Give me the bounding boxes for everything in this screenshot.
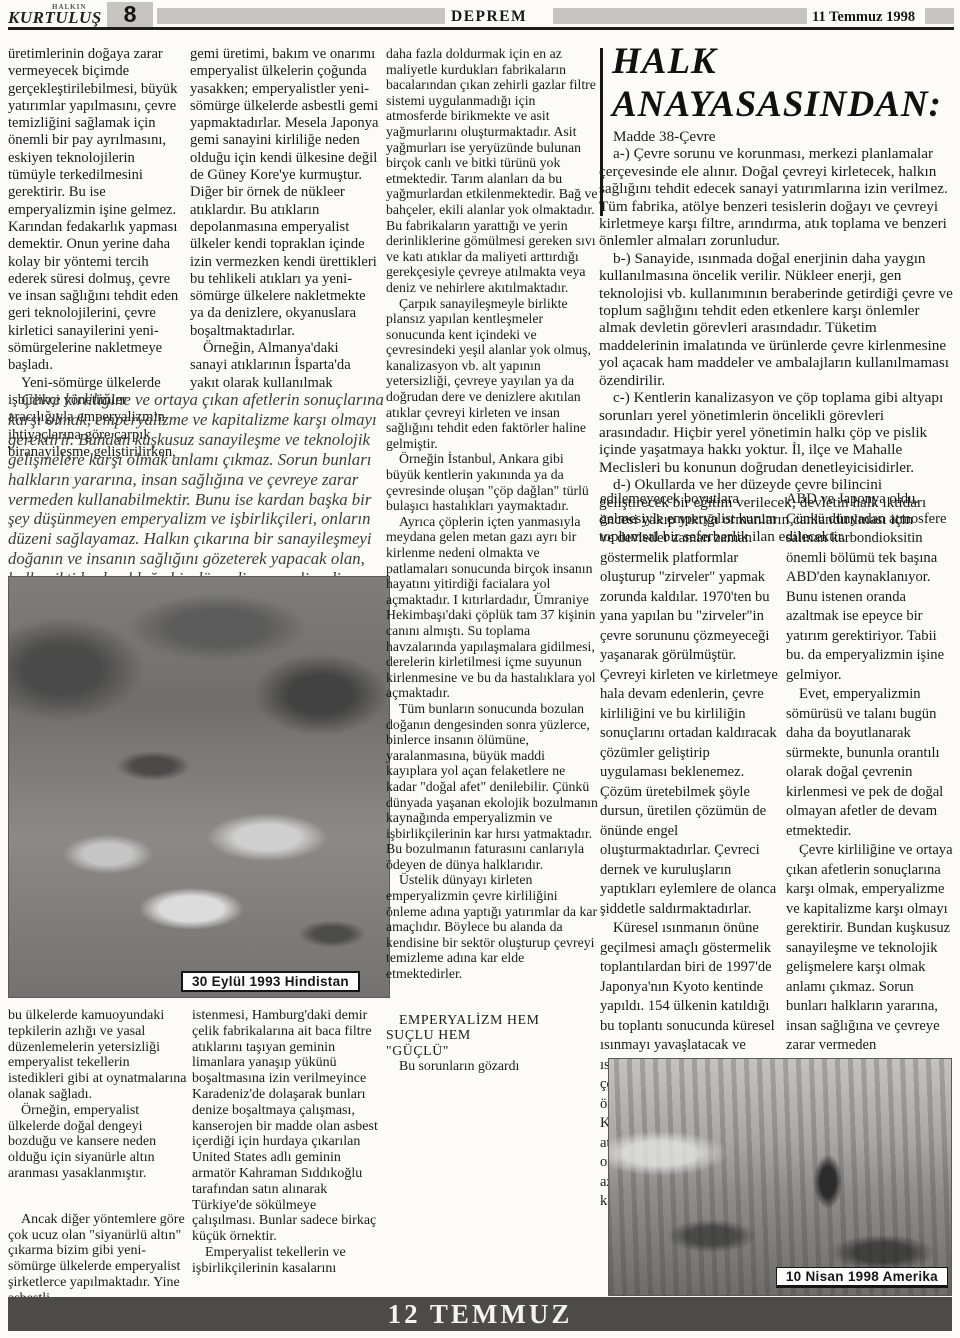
column-2-bottom: istenmesi, Hamburg'daki demir çelik fabr…: [192, 1008, 382, 1277]
issue-date: 11 Temmuz 1998: [812, 9, 915, 26]
article-item-a: a-) Çevre sorunu ve korunması, merkezi p…: [599, 145, 955, 249]
page-number: 8: [124, 1, 137, 28]
paragraph: Ancak diğer yöntemlere göre çok ucuz ola…: [8, 1212, 187, 1307]
photo-caption: 30 Eylül 1993 Hindistan: [181, 971, 360, 992]
paragraph: daha fazla doldurmak için en az maliyetl…: [386, 46, 599, 296]
section-title: DEPREM: [451, 8, 527, 26]
paragraph: istenmesi, Hamburg'daki demir çelik fabr…: [192, 1008, 382, 1245]
masthead-title: KURTULUŞ: [8, 8, 102, 28]
paragraph: Örneğin, Almanya'daki sanayi atıklarının…: [190, 340, 379, 392]
paragraph: bu ülkelerde kamuoyundaki tepkilerin azl…: [8, 1008, 187, 1103]
masthead-divider-bar: [925, 8, 954, 24]
footer-banner: 12 TEMMUZ: [8, 1297, 952, 1331]
constitution-article: Madde 38-Çevre a-) Çevre sorunu ve korun…: [599, 128, 955, 546]
photo-tornado-amerika: 10 Nisan 1998 Amerika: [608, 1058, 952, 1296]
paragraph: Ayrıca çöplerin içten yanmasıyla meydana…: [386, 514, 599, 701]
constitution-headline: HALK ANAYASASINDAN:: [612, 40, 958, 126]
column-1-bottom: bu ülkelerde kamuoyundaki tepkilerin azl…: [8, 1008, 187, 1307]
article-item-b: b-) Sanayide, ısınmada doğal enerjinin d…: [599, 250, 955, 389]
photo-earthquake-hindistan: 30 Eylül 1993 Hindistan: [8, 576, 390, 998]
paragraph: Örneğin İstanbul, Ankara gibi büyük kent…: [386, 451, 599, 513]
article-item-c: c-) Kentlerin kanalizasyon ve çöp toplam…: [599, 389, 955, 476]
paragraph: Bu sorunların gözardı: [386, 1058, 599, 1074]
paragraph: Çarpık sanayileşmeyle birlikte plansız y…: [386, 296, 599, 452]
masthead-rule: [8, 27, 954, 30]
paragraph: edilemeyecek boyutlara gelmesiyle empery…: [600, 490, 779, 919]
pullquote-text: Çevre kirliliğine ve ortaya çıkan afetle…: [8, 390, 394, 589]
column-3: daha fazla doldurmak için en az maliyetl…: [386, 46, 599, 1074]
masthead-divider-bar: [157, 8, 445, 24]
paragraph: gemi üretimi, bakım ve onarımı emperyali…: [190, 46, 379, 340]
footer-banner-text: 12 TEMMUZ: [388, 1299, 573, 1330]
pullquote: Çevre kirliliğine ve ortaya çıkan afetle…: [8, 390, 394, 589]
paragraph: Emperyalist tekellerin ve işbirlikçileri…: [192, 1245, 382, 1277]
paragraph: ABD ve Japonya oldu. Çünkü dünyadan atmo…: [786, 490, 954, 685]
paragraph: Örneğin, emperyalist ülkelerde doğal den…: [8, 1103, 187, 1182]
article-lead: Madde 38-Çevre: [599, 128, 955, 145]
paragraph: Tüm bunların sonucunda bozulan doğanın d…: [386, 701, 599, 873]
masthead-divider-bar: [553, 8, 807, 24]
newspaper-page: HALKIN KURTULUŞ 8 DEPREM 11 Temmuz 1998 …: [0, 0, 960, 1338]
subheading-emperyalizm: EMPERYALİZM HEM SUÇLU HEM "GÜÇLÜ": [386, 1012, 599, 1059]
page-number-box: 8: [107, 2, 153, 27]
paragraph: üretimlerinin doğaya zarar vermeyecek bi…: [8, 46, 186, 375]
column-2-top: gemi üretimi, bakım ve onarımı emperyali…: [190, 46, 379, 392]
paragraph: Üstelik dünyayı kirleten emperyalizmin ç…: [386, 872, 599, 981]
photo-caption: 10 Nisan 1998 Amerika: [776, 1267, 948, 1288]
paragraph: Evet, emperyalizmin sömürüsü ve talanı b…: [786, 685, 954, 841]
